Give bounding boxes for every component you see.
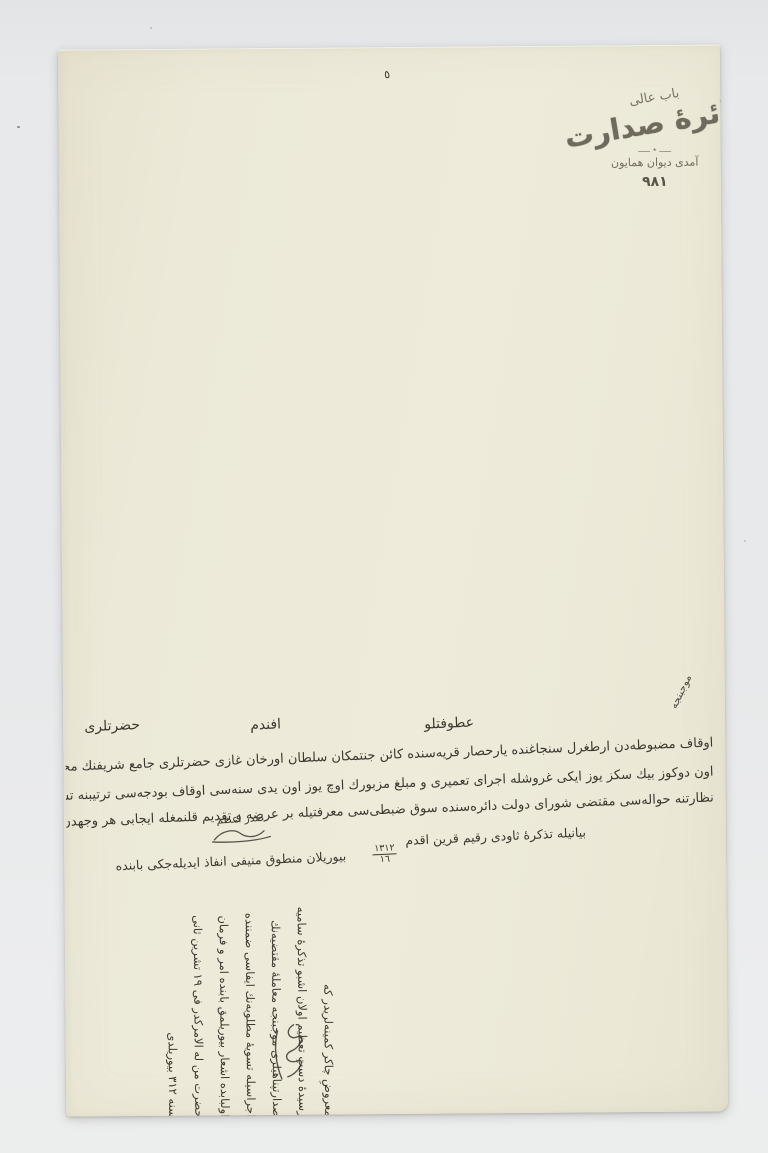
dust-speck xyxy=(744,540,746,542)
annotation-line: اولبابده اشعار بیوریلمق بابنده امر و فرم… xyxy=(210,855,238,1116)
letterhead: باب عالی دائرهٔ صدارت ـــــ ٭ ـــــ آمدی… xyxy=(526,89,728,191)
date-phrase: بیانیله تذكرهٔ ثاودی رقیم قرین اقدم xyxy=(405,825,586,848)
date-day: ١٦ xyxy=(372,854,397,865)
page-number-mark: ٥ xyxy=(383,68,392,82)
annotation-block: معروضِ چاكر كمینه‌لریدر كه رسیدهٔ دستِ ت… xyxy=(148,854,342,1116)
letterhead-document-number: ٩٨١ xyxy=(527,173,728,191)
grand-vizier-signature-block: صدر اعظم xyxy=(201,811,281,850)
photo-background: ٥ باب عالی دائرهٔ صدارت ـــــ ٭ ـــــ آم… xyxy=(0,0,768,1153)
salutation-word: عطوفتلو xyxy=(399,713,500,733)
signature-flourish-icon xyxy=(210,823,273,845)
annotation-line: سنه ٣١٢ بیوریلدی xyxy=(158,856,186,1117)
document-paper: ٥ باب عالی دائرهٔ صدارت ـــــ ٭ ـــــ آم… xyxy=(58,44,728,1116)
dust-speck xyxy=(17,126,20,128)
annotation-line: اجراسیله تسویهٔ مطلوبه‌نك ایفاسی ضمننده xyxy=(236,855,264,1117)
salutation-word: افندم xyxy=(223,715,309,735)
dust-speck xyxy=(150,27,152,29)
margin-wrap-note: موجبنجه xyxy=(668,673,694,711)
date-line: بیانیله تذكرهٔ ثاودی رقیم قرین اقدم ١٣١٢… xyxy=(366,825,586,866)
date-numerals: ١٣١٢ ١٦ xyxy=(372,843,397,865)
annotation-signature-flourish-icon xyxy=(263,1021,312,1085)
letterhead-office-line: آمدی دیوان همایون xyxy=(527,155,729,170)
annotation-line: حضرت من له الامركدر فی ١٩ تشرین ثانی xyxy=(184,855,212,1116)
salutation-word: حضرتلری xyxy=(58,716,168,737)
annotation-rotated-text: معروضِ چاكر كمینه‌لریدر كه رسیدهٔ دستِ ت… xyxy=(148,854,342,1116)
annotation-line: معروضِ چاكر كمینه‌لریدر كه xyxy=(314,854,342,1116)
